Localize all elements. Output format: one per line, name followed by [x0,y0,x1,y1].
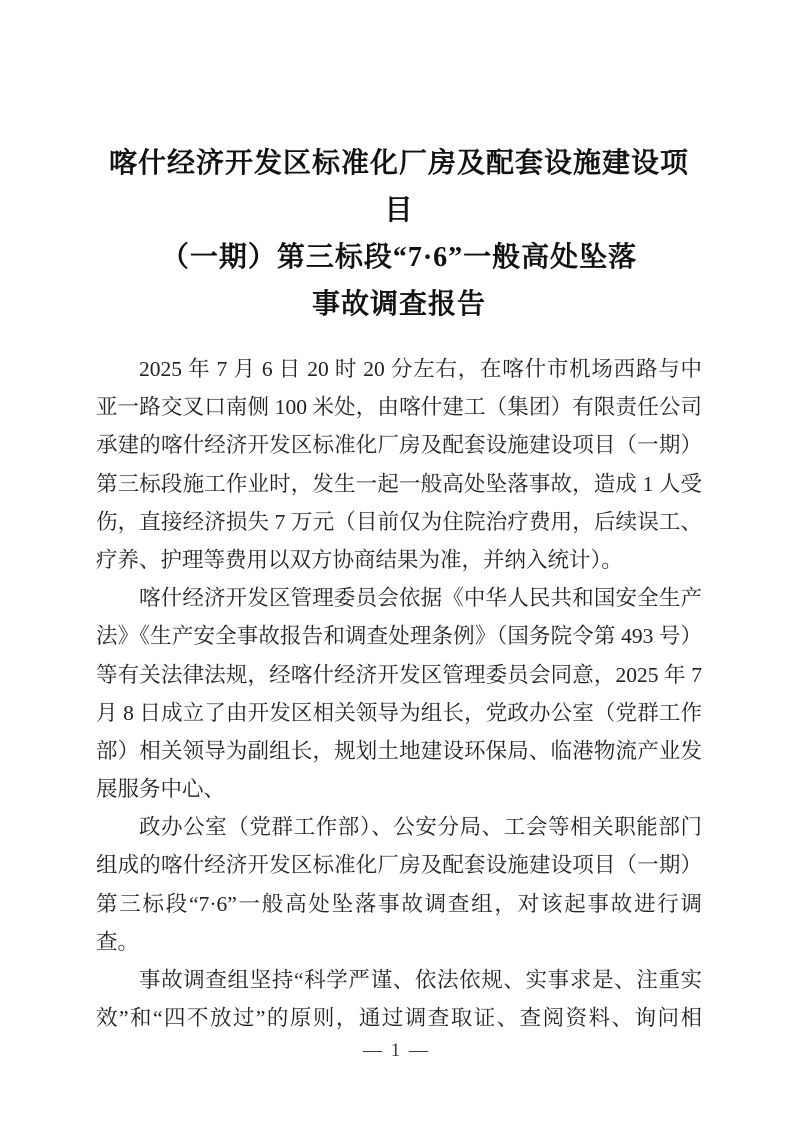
paragraph-3-line: 组成的喀什经济开发区标准化厂房及配套设施建设项目（一期） [96,846,702,884]
scanned-report-page: 喀什经济开发区标准化厂房及配套设施建设项目 （一期）第三标段“7·6”一般高处坠… [0,0,793,1122]
paragraph-3-line: 查。 [96,923,702,961]
paragraph-1-line: 第三标段施工作业时，发生一起一般高处坠落事故，造成 1 人受 [96,465,702,503]
paragraph-1-line: 2025 年 7 月 6 日 20 时 20 分左右，在喀什市机场西路与中 [96,350,702,388]
paragraph-3-line: 第三标段“7·6”一般高处坠落事故调查组，对该起事故进行调 [96,885,702,923]
report-title-line-1: 喀什经济开发区标准化厂房及配套设施建设项目 [96,140,702,234]
report-title: 喀什经济开发区标准化厂房及配套设施建设项目 （一期）第三标段“7·6”一般高处坠… [96,140,702,328]
report-title-line-2: （一期）第三标段“7·6”一般高处坠落 [96,234,702,281]
paragraph-2-line: 部）相关领导为副组长，规划土地建设环保局、临港物流产业发 [96,732,702,770]
paragraph-1-line: 亚一路交叉口南侧 100 米处，由喀什建工（集团）有限责任公司 [96,388,702,426]
report-body: 2025 年 7 月 6 日 20 时 20 分左右，在喀什市机场西路与中 亚一… [96,350,702,1037]
paragraph-2-line: 月 8 日成立了由开发区相关领导为组长，党政办公室（党群工作 [96,694,702,732]
paragraph-2-line: 法》《生产安全事故报告和调查处理条例》（国务院令第 493 号） [96,617,702,655]
paragraph-3-line: 政办公室（党群工作部）、公安分局、工会等相关职能部门 [96,808,702,846]
report-title-line-3: 事故调查报告 [96,281,702,328]
paragraph-2-line: 展服务中心、 [96,770,702,808]
paragraph-4-line: 效”和“四不放过”的原则，通过调查取证、查阅资料、询问相 [96,999,702,1037]
paragraph-1-line: 疗养、护理等费用以双方协商结果为准，并纳入统计）。 [96,541,702,579]
paragraph-2-line: 喀什经济开发区管理委员会依据《中华人民共和国安全生产 [96,579,702,617]
page-number: — 1 — [0,1040,793,1062]
paragraph-4-line: 事故调查组坚持“科学严谨、依法依规、实事求是、注重实 [96,961,702,999]
paragraph-2-line: 等有关法律法规，经喀什经济开发区管理委员会同意，2025 年 7 [96,656,702,694]
paragraph-1-line: 伤，直接经济损失 7 万元（目前仅为住院治疗费用，后续误工、 [96,503,702,541]
report-content: 喀什经济开发区标准化厂房及配套设施建设项目 （一期）第三标段“7·6”一般高处坠… [96,140,702,1037]
paragraph-1-line: 承建的喀什经济开发区标准化厂房及配套设施建设项目（一期） [96,426,702,464]
